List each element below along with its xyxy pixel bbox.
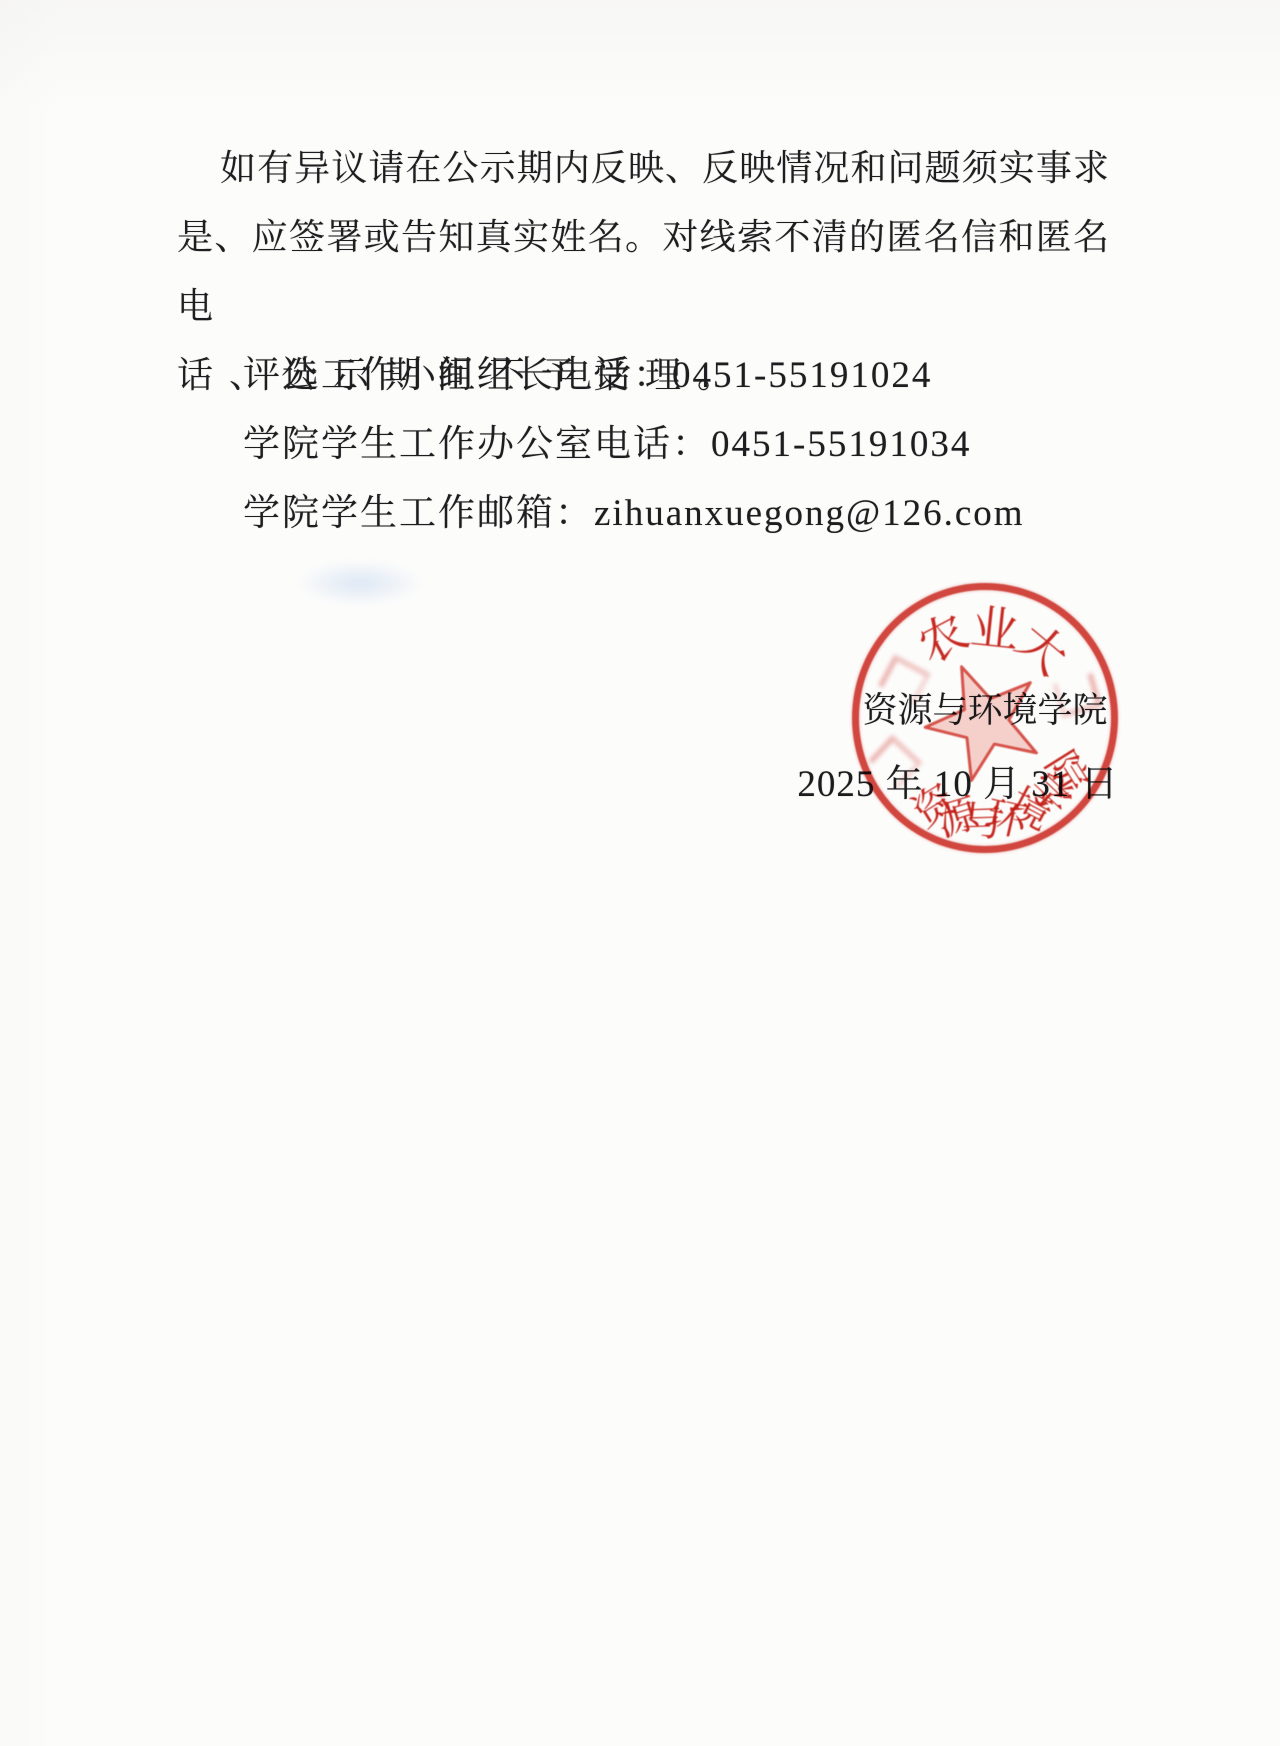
paragraph-line: 如有异议请在公示期内反映、反映情况和问题须实事求 xyxy=(177,134,1109,203)
blue-ink-smudge xyxy=(295,560,425,606)
official-seal-stamp: 农业大 资源与环境学院 xyxy=(852,583,1118,853)
contact-line-office-phone: 学院学生工作办公室电话：0451-55191034 xyxy=(177,410,1157,479)
contact-info: 评选工作小组组长电话：0451-55191024 学院学生工作办公室电话：045… xyxy=(177,341,1157,548)
contact-line-group-leader-phone: 评选工作小组组长电话：0451-55191024 xyxy=(177,341,1157,410)
paragraph-line: 是、应签署或告知真实姓名。对线索不清的匿名信和匿名电 xyxy=(177,203,1109,341)
contact-line-email: 学院学生工作邮箱：zihuanxuegong@126.com xyxy=(177,479,1157,548)
